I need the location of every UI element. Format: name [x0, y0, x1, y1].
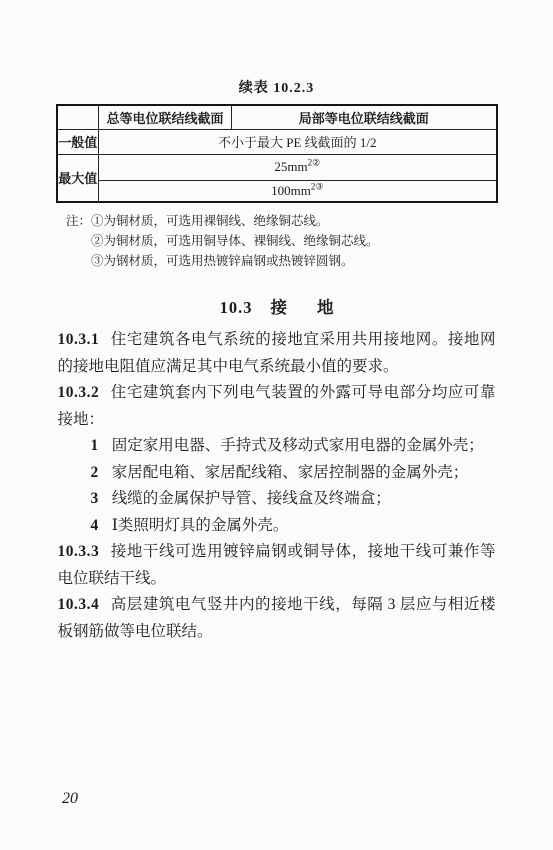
notes-label: 注： — [66, 214, 91, 228]
page-number: 20 — [62, 790, 78, 808]
row-label-max-value: 最大值 — [57, 154, 99, 202]
clause-10-3-1: 10.3.1住宅建筑各电气系统的接地宜采用共用接地网。接地网的接地电阻值应满足其… — [58, 327, 496, 380]
general-value-cell: 不小于最大 PE 线截面的 1/2 — [99, 129, 497, 154]
table-header-local-bonding: 局部等电位联结线截面 — [232, 105, 497, 129]
clause-10-3-3: 10.3.3接地干线可选用镀锌扁钢或铜导体，接地干线可兼作等电位联结干线。 — [58, 539, 496, 592]
list-item-3-number: 3 — [91, 490, 99, 507]
table-note-2: ②为铜材质，可选用铜导体、裸铜线、绝缘铜芯线。 — [66, 231, 553, 251]
list-item-1: 1固定家用电器、手持式及移动式家用电器的金属外壳； — [58, 433, 496, 460]
table-notes: 注：①为铜材质，可选用裸铜线、绝缘铜芯线。 ②为铜材质，可选用铜导体、裸铜线、绝… — [66, 211, 553, 271]
clause-10-3-2: 10.3.2住宅建筑套内下列电气装置的外露可导电部分均应可靠接地： — [58, 380, 496, 433]
list-item-2-text: 家居配电箱、家居配线箱、家居控制器的金属外壳； — [112, 464, 469, 481]
row-label-general-value: 一般值 — [57, 129, 99, 154]
table-header-total-bonding: 总等电位联结线截面 — [99, 105, 232, 129]
clause-10-3-1-number: 10.3.1 — [58, 331, 100, 348]
max-value-cell-copper: 25mm2② — [99, 154, 497, 180]
list-item-1-number: 1 — [91, 437, 99, 454]
list-item-4-text: Ⅰ类照明灯具的金属外壳。 — [112, 517, 289, 534]
list-item-3: 3线缆的金属保护导管、接线盒及终端盒； — [58, 486, 496, 513]
max-value-cell-steel: 100mm2③ — [99, 180, 497, 202]
clause-10-3-3-text: 接地干线可选用镀锌扁钢或铜导体，接地干线可兼作等电位联结干线。 — [58, 543, 496, 587]
table-note-1-text: ①为铜材质，可选用裸铜线、绝缘铜芯线。 — [91, 214, 329, 228]
max-value-steel-superscript: 2③ — [311, 181, 324, 191]
clause-10-3-2-text: 住宅建筑套内下列电气装置的外露可导电部分均应可靠接地： — [58, 384, 496, 428]
clause-10-3-3-number: 10.3.3 — [58, 543, 100, 560]
section-heading: 10.3接地 — [0, 294, 553, 318]
section-title: 接地 — [270, 298, 363, 317]
list-item-2-number: 2 — [91, 464, 99, 481]
list-item-1-text: 固定家用电器、手持式及移动式家用电器的金属外壳； — [112, 437, 484, 454]
section-number: 10.3 — [220, 298, 253, 317]
clause-10-3-4: 10.3.4高层建筑电气竖井内的接地干线，每隔 3 层应与相近楼板钢筋做等电位联… — [58, 592, 496, 645]
clause-10-3-4-text: 高层建筑电气竖井内的接地干线，每隔 3 层应与相近楼板钢筋做等电位联结。 — [58, 596, 496, 640]
list-item-2: 2家居配电箱、家居配线箱、家居控制器的金属外壳； — [58, 460, 496, 487]
max-value-copper-base: 25mm — [274, 159, 307, 174]
table-note-1: 注：①为铜材质，可选用裸铜线、绝缘铜芯线。 — [66, 211, 553, 231]
body-text: 10.3.1住宅建筑各电气系统的接地宜采用共用接地网。接地网的接地电阻值应满足其… — [58, 327, 496, 645]
list-item-4-number: 4 — [91, 517, 99, 534]
clause-10-3-4-number: 10.3.4 — [58, 596, 100, 613]
scanned-document-page: 续表 10.2.3 总等电位联结线截面 局部等电位联结线截面 一般值 不小于最大… — [0, 0, 553, 850]
max-value-copper-superscript: 2② — [308, 158, 321, 168]
list-item-3-text: 线缆的金属保护导管、接线盒及终端盒； — [112, 490, 391, 507]
equipotential-bonding-table: 总等电位联结线截面 局部等电位联结线截面 一般值 不小于最大 PE 线截面的 1… — [56, 104, 498, 203]
table-note-3: ③为钢材质，可选用热镀锌扁钢或热镀锌圆钢。 — [66, 251, 553, 271]
continued-table-title: 续表 10.2.3 — [0, 0, 553, 97]
clause-10-3-1-text: 住宅建筑各电气系统的接地宜采用共用接地网。接地网的接地电阻值应满足其中电气系统最… — [58, 331, 496, 375]
table-corner-cell — [57, 105, 99, 129]
list-item-4: 4Ⅰ类照明灯具的金属外壳。 — [58, 513, 496, 540]
clause-10-3-2-number: 10.3.2 — [58, 384, 100, 401]
max-value-steel-base: 100mm — [271, 183, 311, 198]
